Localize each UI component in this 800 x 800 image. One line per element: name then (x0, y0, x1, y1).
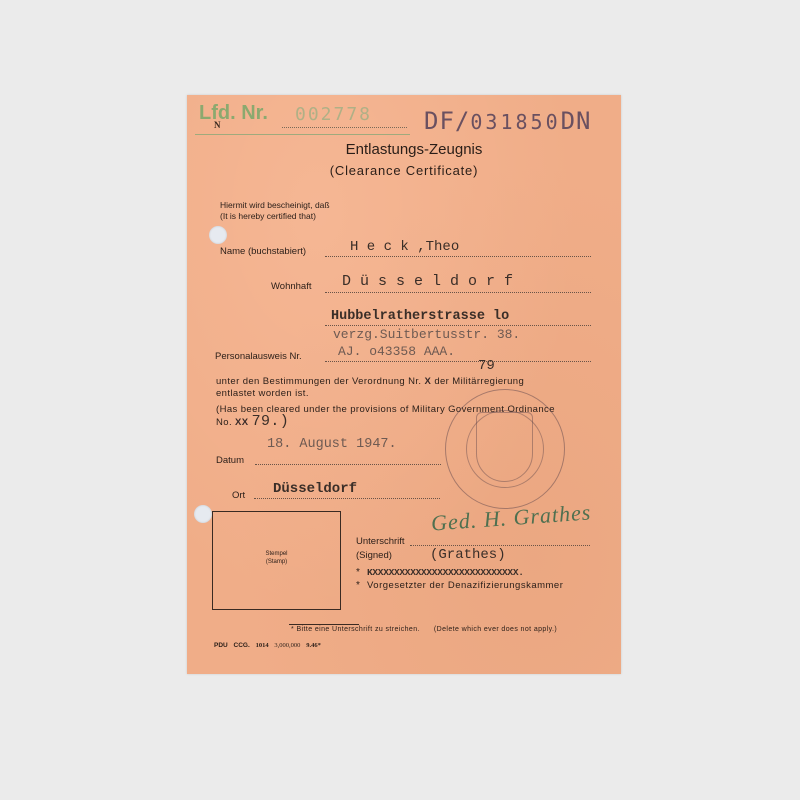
file-ref-suffix: DN (561, 107, 592, 135)
residence-value: D ü s s e l d o r f (342, 273, 513, 290)
street-value: Hubbelratherstrasse lo (331, 309, 509, 324)
ordinance-typed-en: 79.) (252, 413, 290, 430)
serial-sub-mark: N (214, 120, 221, 130)
id-label: Personalausweis Nr. (215, 351, 302, 362)
signature-dotted-line (410, 545, 590, 546)
struck-ordinance-de: X (425, 376, 432, 387)
signature-typed-name: (Grathes) (430, 547, 506, 563)
id-dotted-line (325, 361, 591, 362)
signature-label-en: (Signed) (356, 550, 392, 561)
date-value: 18. August 1947. (267, 437, 397, 452)
residence-dotted-line (325, 292, 591, 293)
option-bullet-2: * (356, 580, 360, 591)
id-value: AJ. o43358 AAA. (338, 344, 455, 359)
date-label: Datum (216, 455, 244, 466)
option-bullet-1: * (356, 567, 360, 578)
printer-line: PDU CCG. 1014 3,000,000 9.46* (214, 642, 321, 649)
handwritten-signature: Ged. H. Grathes (430, 499, 592, 536)
selected-option: Vorgesetzter der Denazifizierungskammer (367, 580, 563, 591)
street-dotted-line (325, 325, 591, 326)
file-ref-prefix: DF/ (424, 107, 470, 135)
place-label: Ort (232, 490, 245, 501)
place-dotted-line (254, 498, 440, 499)
struck-ordinance-en: XX (235, 417, 248, 428)
serial-dotted-line (282, 127, 407, 128)
residence-label: Wohnhaft (271, 281, 312, 292)
place-value: Düsseldorf (273, 481, 357, 497)
serial-number: 002778 (295, 104, 372, 125)
seal-coat-of-arms-icon (476, 412, 533, 482)
date-dotted-line (255, 464, 441, 465)
name-dotted-line (325, 256, 591, 257)
clearance-german: unter den Bestimmungen der Verordnung Nr… (216, 376, 596, 400)
street-note: verzg.Suitbertusstr. 38. (333, 327, 520, 342)
file-reference-stamp: DF/031850DN (424, 107, 592, 135)
footnote-rule (289, 624, 359, 625)
ordinance-typed-number: 79 (478, 358, 495, 374)
stamp-box: Stempel (Stamp) (212, 511, 341, 610)
punch-hole-top (209, 226, 227, 244)
intro-english: (It is hereby certified that) (220, 211, 316, 221)
punch-hole-bottom (194, 505, 212, 523)
serial-label: Lfd. Nr. (199, 102, 268, 125)
stamp-label: Stempel (Stamp) (213, 550, 340, 566)
file-ref-number: 031850 (470, 110, 560, 134)
certificate-paper: Lfd. Nr. 002778 N DF/031850DN Entlastung… (187, 95, 621, 674)
intro-german: Hiermit wird bescheinigt, daß (220, 200, 330, 210)
footnote: * Bitte eine Unterschrift zu streichen. … (291, 626, 557, 633)
official-seal (445, 389, 565, 509)
name-value: H e c k ,Theo (350, 239, 459, 255)
signature-label-de: Unterschrift (356, 536, 405, 547)
document-title: Entlastungs-Zeugnis (187, 141, 621, 158)
document-subtitle: (Clearance Certificate) (187, 163, 621, 178)
name-label: Name (buchstabiert) (220, 246, 306, 257)
serial-underline (195, 134, 410, 135)
struck-option: KXXXXXXXXXXXXXXXXXXXXXXXXXXX. (367, 567, 524, 578)
